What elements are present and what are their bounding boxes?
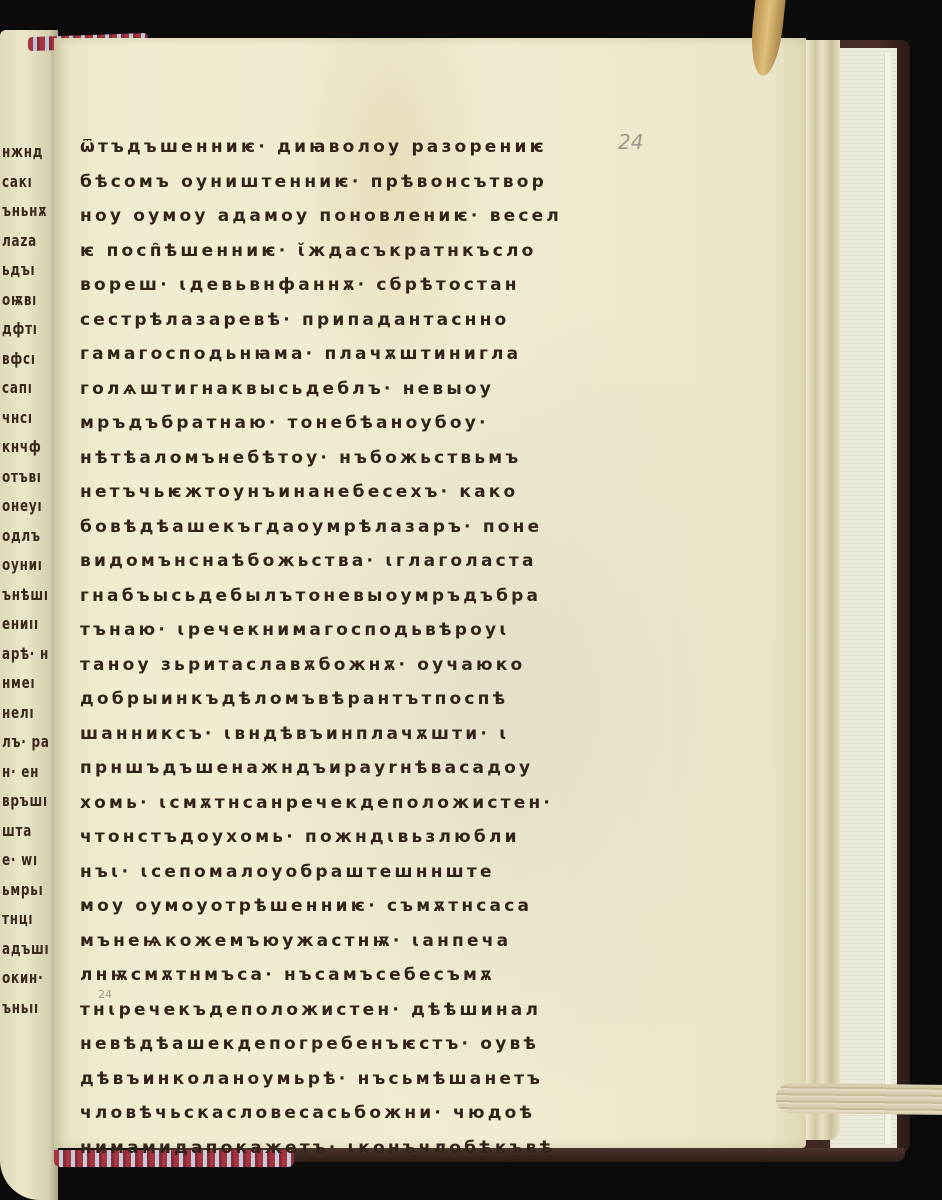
verso-line-fragment: чнсı xyxy=(2,408,33,427)
verso-line-fragment: н· ен xyxy=(2,762,39,781)
manuscript-line: гнабъысьдебылътоневыоумръдъбра xyxy=(80,579,680,614)
manuscript-line: чловѣчьскасловесасьбожни· чюдоѣ xyxy=(80,1096,680,1131)
page-number: 24 xyxy=(98,988,112,1001)
verso-line-fragment: ьмрьı xyxy=(2,880,43,899)
manuscript-line: вореш· ꙇдевьвнфаннѫ· сбрѣтостан xyxy=(80,268,680,303)
manuscript-line: прншъдъшенажндъирауrнѣвасадоу xyxy=(80,751,680,786)
verso-line-fragment: нмеı xyxy=(2,673,35,692)
verso-line-fragment: връшı xyxy=(2,791,48,810)
verso-line-fragment: адъшı xyxy=(2,939,49,958)
verso-line-fragment: тнцı xyxy=(2,909,33,928)
manuscript-line: голѧштигнаквысьдеблъ· невыоу xyxy=(80,372,680,407)
manuscript-line: лнѭсмѫтнмъса· нъсамъсебесъмѫ xyxy=(80,958,680,993)
verso-page-edge: нжндсакıъньнѫлаzаьдъıоѭвıдфтıвфсıсапıчнс… xyxy=(0,30,58,1200)
verso-line-fragment: одлъ xyxy=(2,526,41,545)
text-block: ѿтъдъшенниѥ· диꙗволоу разорениѥбѣсомъ оу… xyxy=(80,130,680,1165)
verso-line-fragment: лаzа xyxy=(2,231,37,250)
manuscript-line: тнꙇречекъдеположистен· дѣѣшинал xyxy=(80,993,680,1028)
manuscript-line: нъꙇ· ꙇсепомалоуобраштешннште xyxy=(80,855,680,890)
manuscript-line: хомь· ꙇсмѫтнсанречекдеположистен· xyxy=(80,786,680,821)
verso-line-fragment: ъньнѫ xyxy=(2,201,47,220)
manuscript-line: дѣвъинколаноумьрѣ· нъсьмѣшанетъ xyxy=(80,1062,680,1097)
manuscript-line: невѣдѣашекдепогребенъѥстъ· оувѣ xyxy=(80,1027,680,1062)
manuscript-line: нѣтѣаломънебѣтоу· нъбожьствьмъ xyxy=(80,441,680,476)
modern-paper-leaves xyxy=(830,48,897,1148)
verso-line-fragment: вфсı xyxy=(2,349,36,368)
verso-line-fragment: шта xyxy=(2,821,32,840)
manuscript-line: мънеѩкожемъюужастнѭ· ꙇанпеча xyxy=(80,924,680,959)
manuscript-line: гамагосподьнꙗма· плачѫштинигла xyxy=(80,337,680,372)
verso-line-fragment: ениıı xyxy=(2,614,39,633)
manuscript-line: добрыинкъдѣломъвѣрантътпоспѣ xyxy=(80,682,680,717)
wooden-page-holder-bottom xyxy=(776,1083,942,1115)
verso-line-fragment: оѭвı xyxy=(2,290,37,309)
manuscript-line: ѥ посп̑ѣшенниѥ· ꙇ̆ждасъкратнкъсло xyxy=(80,234,680,269)
manuscript-line: таноу зьритаславѫбожнѫ· оучаюко xyxy=(80,648,680,683)
manuscript-line: ноу оумоу адамоу поновлениѥ· весел xyxy=(80,199,680,234)
verso-line-fragment: онеуı xyxy=(2,496,42,515)
verso-line-fragment: ънѣшı xyxy=(2,585,49,604)
verso-line-fragment: сапı xyxy=(2,378,33,397)
verso-line-fragment: ьдъı xyxy=(2,260,35,279)
manuscript-line: чтонстъдоухомь· пожндꙇвьзлюбли xyxy=(80,820,680,855)
manuscript-line: моу оумоуотрѣшенниѥ· съмѫтнсаса xyxy=(80,889,680,924)
verso-line-fragment: оуниı xyxy=(2,555,43,574)
manuscript-photo: нжндсакıъньнѫлаzаьдъıоѭвıдфтıвфсıсапıчнс… xyxy=(0,0,942,1200)
verso-line-fragment: дфтı xyxy=(2,319,38,338)
manuscript-line: видомънснаѣбожьства· ꙇглаголаста xyxy=(80,544,680,579)
verso-line-fragment: нжнд xyxy=(2,142,43,161)
verso-line-fragment: е· wı xyxy=(2,850,38,869)
verso-line-fragment: окин· xyxy=(2,968,43,987)
verso-line-fragment: арѣ· н xyxy=(2,644,49,663)
manuscript-line: ѿтъдъшенниѥ· диꙗволоу разорениѥ xyxy=(80,130,680,165)
recto-page: 24 ѿтъдъшенниѥ· диꙗволоу разорениѥбѣсомъ… xyxy=(54,38,806,1148)
manuscript-line: бовѣдѣашекъгдаоумрѣлазаръ· поне xyxy=(80,510,680,545)
manuscript-line: сестрѣлазаревѣ· припадантаснно xyxy=(80,303,680,338)
verso-line-fragment: сакı xyxy=(2,172,32,191)
manuscript-line: нетъчьѥжтоунъинанебесехъ· како xyxy=(80,475,680,510)
manuscript-line: шанниксъ· ꙇвндѣвъинплачѫшти· ꙇ xyxy=(80,717,680,752)
verso-line-fragment: лъ· ра xyxy=(2,732,50,751)
verso-line-fragment: ъньıı xyxy=(2,998,39,1017)
verso-line-fragment: нелı xyxy=(2,703,34,722)
verso-line-fragment: кнчф xyxy=(2,437,42,456)
manuscript-line: нимамидапокажетъ· ꙇконъчлобѣкъвѣ xyxy=(80,1131,680,1166)
verso-line-fragment: отъвı xyxy=(2,467,42,486)
manuscript-line: тънаю· ꙇречекнимагосподьвѣроуꙇ xyxy=(80,613,680,648)
manuscript-line: бѣсомъ оуништенниѥ· прѣвонсътвор xyxy=(80,165,680,200)
manuscript-line: мръдъбратнаю· тонебѣаноубоу· xyxy=(80,406,680,441)
